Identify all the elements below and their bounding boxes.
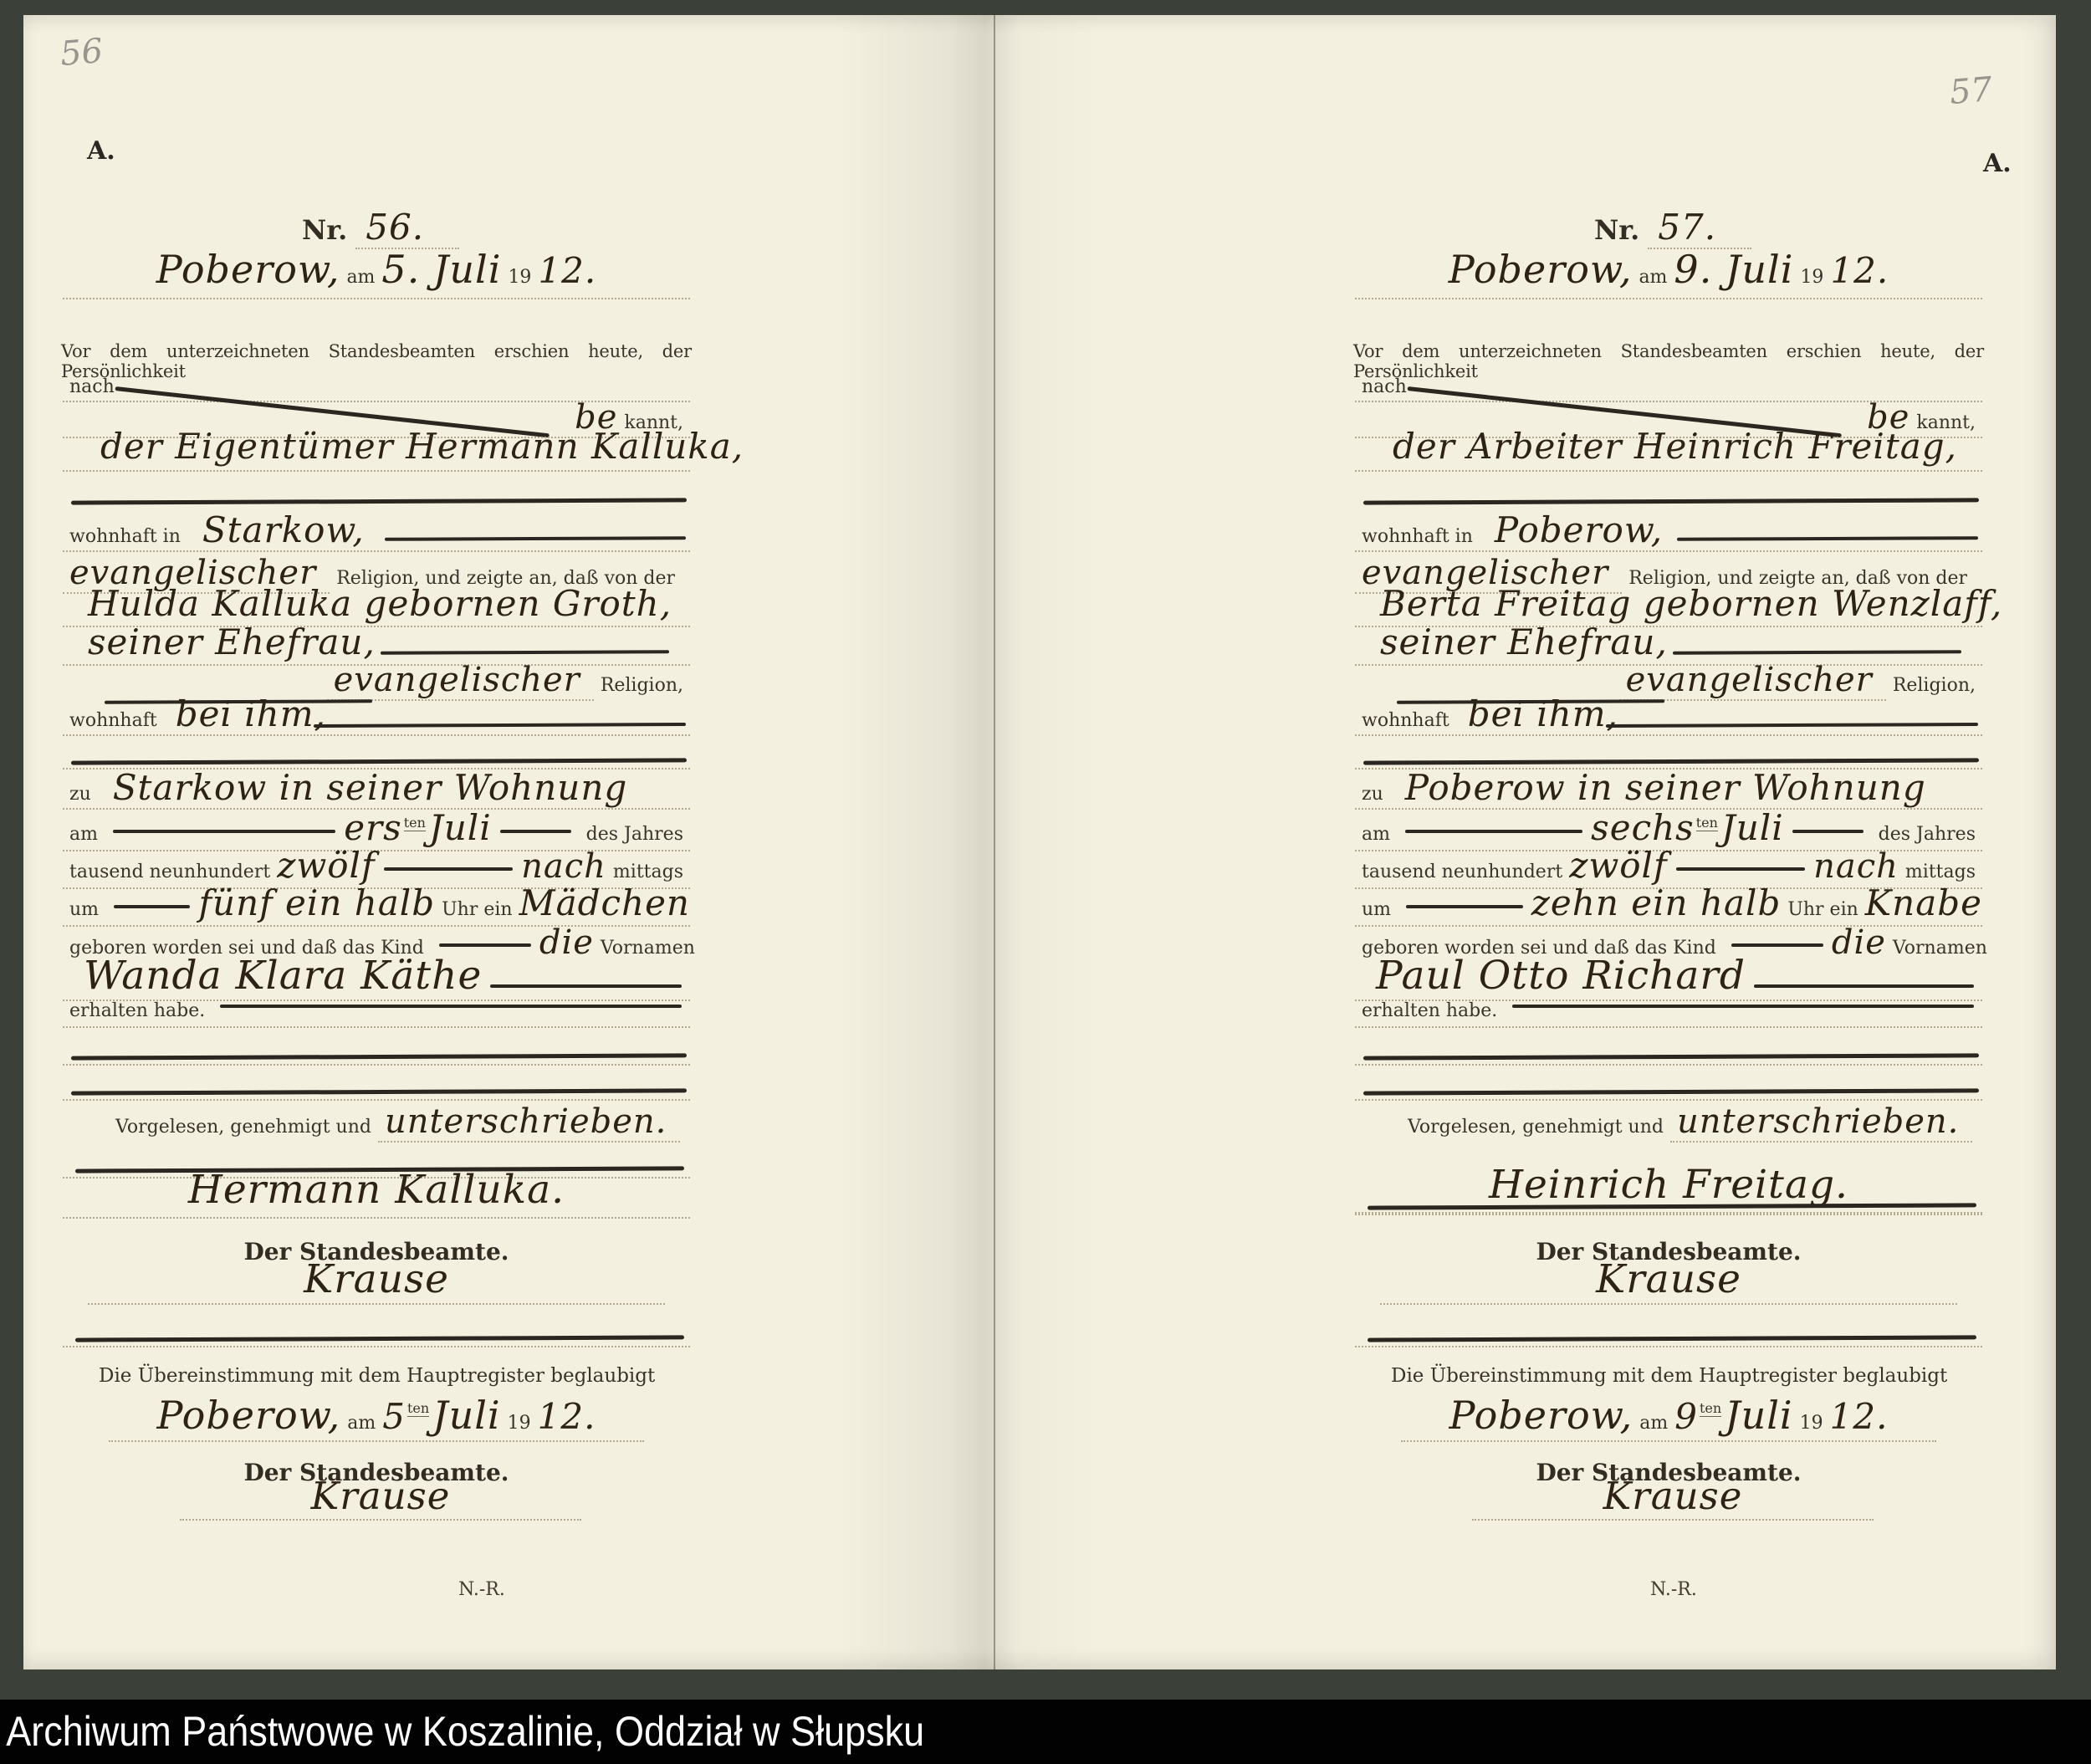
nach-label: nach — [69, 376, 115, 397]
form-dotted-line — [1355, 1346, 1982, 1347]
am2-label: am — [69, 824, 98, 845]
form-dotted-line — [63, 1064, 690, 1066]
mittags-label: mittags — [1905, 862, 1976, 882]
birth-time-value: fünf ein halb — [198, 885, 435, 922]
am2-label: am — [1362, 824, 1390, 845]
ink-strike-line — [71, 498, 687, 504]
beglaubigt-label: Die Übereinstimmung mit dem Hauptregiste… — [99, 1365, 655, 1387]
mother-value: Hulda Kalluka gebornen Groth, — [63, 585, 672, 622]
nach-vor-value: nach — [1813, 849, 1899, 884]
cert-year-suffix: 12. — [538, 1398, 596, 1435]
birth-day-line: am ers ten Juli des Jahres — [63, 810, 690, 851]
ink-strike-line — [71, 1088, 687, 1095]
child-names-value: Wanda Klara Käthe — [63, 955, 482, 996]
certification-date-line: Poberow, am 5 ten Juli 19 12. — [109, 1395, 644, 1442]
pencil-page-number: 56 — [59, 32, 105, 74]
child-sex-value: Knabe — [1865, 885, 1982, 922]
form-dotted-line — [63, 1099, 690, 1101]
registrar-signature: Krause — [1596, 1259, 1741, 1300]
um-label: um — [1362, 899, 1391, 920]
nach-label: nach — [1362, 376, 1407, 397]
bei-ihm-value: bei ihm, — [1468, 696, 1618, 733]
form-section-letter: A. — [87, 136, 115, 166]
beglaubigt-label: Die Übereinstimmung mit dem Hauptregiste… — [1391, 1365, 1947, 1387]
ink-strike-line — [1731, 943, 1823, 947]
child-names-line: Wanda Klara Käthe — [63, 955, 690, 1001]
declarant-signature: Heinrich Freitag. — [1489, 1164, 1848, 1205]
record-page-56: 56 A. Nr. 56. Poberow, am 5. Juli 19 12.… — [0, 0, 757, 1669]
vorgelesen-line: Vorgelesen, genehmigt und unterschrieben… — [1355, 1104, 1982, 1143]
ten-label: ten — [1696, 815, 1718, 831]
cert-ten-label: ten — [1700, 1400, 1721, 1417]
des-jahres-label: des Jahres — [1879, 824, 1976, 845]
certification-date-line: Poberow, am 9 ten Juli 19 12. — [1401, 1395, 1936, 1442]
erhalten-line: erhalten habe. — [1355, 1000, 1982, 1028]
erhalten-label: erhalten habe. — [1362, 1000, 1497, 1021]
birthplace-line: zu Starkow in seiner Wohnung — [63, 770, 690, 810]
bei-ihm-value: bei ihm, — [176, 696, 326, 733]
birth-day-value: sechs — [1591, 810, 1695, 846]
ink-strike-line — [1363, 1088, 1979, 1095]
birth-day-line: am sechs ten Juli des Jahres — [1355, 810, 1982, 851]
birth-time-line: um zehn ein halb Uhr ein Knabe — [1355, 885, 1982, 927]
cert-am-label: am — [1639, 1413, 1668, 1434]
year-prefix: 19 — [508, 267, 531, 288]
pencil-page-number: 57 — [1948, 70, 1994, 112]
ink-strike-line — [1368, 1335, 1976, 1342]
ink-strike-line — [1363, 758, 1979, 764]
registrar-signature-line: Krause — [88, 1259, 665, 1305]
registrar-signature-2: Krause — [1603, 1476, 1743, 1516]
place-date-row: Poberow, am 9. Juli 19 12. — [1355, 249, 1982, 299]
uhr-ein-label: Uhr ein — [1787, 899, 1858, 920]
zu-label: zu — [1362, 784, 1383, 805]
date-value: 5. Juli — [381, 249, 501, 289]
unterschrieben-value: unterschrieben. — [1670, 1104, 1972, 1143]
am-label: am — [346, 267, 375, 288]
ten-label: ten — [404, 815, 426, 831]
birth-time-line: um fünf ein halb Uhr ein Mädchen — [63, 885, 690, 927]
birthplace-value: Starkow in seiner Wohnung — [113, 770, 628, 806]
registrar-signature-line-2: Krause — [180, 1476, 581, 1521]
registrar-signature-line: Krause — [1380, 1259, 1957, 1305]
birth-time-value: zehn ein halb — [1531, 885, 1782, 922]
birth-year-word: zwölf — [277, 847, 375, 884]
place-value: Poberow, — [156, 249, 340, 289]
ink-strike-line — [384, 867, 514, 871]
residence-line: wohnhaft in Starkow, — [63, 512, 690, 552]
child-sex-value: Mädchen — [519, 885, 690, 922]
ehefrau-value: seiner Ehefrau, — [63, 624, 376, 661]
nach-vor-value: nach — [521, 849, 606, 884]
residence-value: Poberow, — [1495, 512, 1663, 549]
wife-line: seiner Ehefrau, — [63, 624, 690, 666]
place-date-row: Poberow, am 5. Juli 19 12. — [63, 249, 690, 299]
des-jahres-label: des Jahres — [586, 824, 683, 845]
date-value: 9. Juli — [1674, 249, 1793, 289]
archive-caption-bar: Archiwum Państwowe w Koszalinie, Oddział… — [0, 1700, 2091, 1764]
child-names-value: Paul Otto Richard — [1355, 955, 1746, 996]
cert-year-prefix: 19 — [1800, 1413, 1823, 1434]
residing-with-line: wohnhaft bei ihm, — [1355, 696, 1982, 736]
certification-line: Die Übereinstimmung mit dem Hauptregiste… — [1384, 1365, 1970, 1387]
unterschrieben-value: unterschrieben. — [378, 1104, 680, 1143]
wohnhaft-in-label: wohnhaft in — [69, 526, 181, 547]
erhalten-label: erhalten habe. — [69, 1000, 205, 1021]
declarant-line: der Eigentümer Hermann Kalluka, — [63, 428, 690, 472]
mittags-label: mittags — [613, 862, 683, 882]
form-dotted-line — [1355, 1064, 1982, 1066]
residence-line: wohnhaft in Poberow, — [1355, 512, 1982, 552]
religion-label: Religion, — [1893, 675, 1976, 696]
wohnhaft-in-label: wohnhaft in — [1362, 526, 1473, 547]
birth-month-value: Juli — [1721, 810, 1784, 846]
cert-day-value: 9 — [1674, 1398, 1698, 1435]
intro-line: Vor dem unterzeichneten Standesbeamten e… — [1353, 341, 1984, 381]
ink-strike-line — [113, 830, 335, 833]
declarant-value: der Eigentümer Hermann Kalluka, — [63, 428, 744, 465]
year-suffix: 12. — [538, 253, 596, 289]
birth-month-value: Juli — [429, 810, 492, 846]
archive-caption: Archiwum Państwowe w Koszalinie, Oddział… — [0, 1700, 924, 1763]
nr-footnote: N.-R. — [1650, 1579, 1697, 1600]
form-dotted-line — [1355, 1099, 1982, 1101]
form-footnote: N.-R. — [1650, 1579, 1697, 1600]
page-fold-crease — [994, 15, 995, 1669]
document-scan: 56 A. Nr. 56. Poberow, am 5. Juli 19 12.… — [0, 0, 2091, 1764]
year-prefix: 19 — [1800, 267, 1823, 288]
intro-line: Vor dem unterzeichneten Standesbeamten e… — [61, 341, 692, 381]
zu-label: zu — [69, 784, 91, 805]
cert-place-value: Poberow, — [157, 1395, 341, 1435]
form-dotted-line — [63, 1346, 690, 1347]
declarant-value: der Arbeiter Heinrich Freitag, — [1355, 428, 1957, 465]
ink-strike-line — [500, 830, 571, 833]
ink-strike-line — [1406, 905, 1523, 908]
vorgelesen-label: Vorgelesen, genehmigt und — [69, 1117, 371, 1138]
wohnhaft-label: wohnhaft — [1362, 710, 1449, 731]
cert-year-suffix: 12. — [1830, 1398, 1889, 1435]
nr-footnote: N.-R. — [458, 1579, 505, 1600]
record-number-row: Nr. 57. — [1355, 209, 1982, 249]
certification-line: Die Übereinstimmung mit dem Hauptregiste… — [92, 1365, 677, 1387]
year-suffix: 12. — [1830, 253, 1889, 289]
ink-strike-line — [1792, 830, 1863, 833]
form-dotted-line — [1355, 1214, 1982, 1215]
declarant-signature: Hermann Kalluka. — [188, 1169, 565, 1210]
record-number-row: Nr. 56. — [63, 209, 690, 249]
wohnhaft-label: wohnhaft — [69, 710, 157, 731]
um-label: um — [69, 899, 99, 920]
record-number-value: 56. — [355, 209, 459, 249]
ink-strike-line — [114, 905, 190, 908]
vorgelesen-line: Vorgelesen, genehmigt und unterschrieben… — [63, 1104, 690, 1143]
cert-day-value: 5 — [382, 1398, 406, 1435]
religion-label: Religion, — [601, 675, 683, 696]
record-page-57: 57 A. Nr. 57. Poberow, am 9. Juli 19 12.… — [1292, 0, 2049, 1669]
cert-year-prefix: 19 — [508, 1413, 531, 1434]
form-section-letter: A. — [1983, 149, 2012, 178]
record-number-value: 57. — [1648, 209, 1751, 249]
cert-ten-label: ten — [407, 1400, 429, 1417]
ink-strike-line — [220, 1005, 682, 1008]
ink-strike-line — [1512, 1005, 1974, 1008]
cert-month-value: Juli — [1725, 1395, 1793, 1435]
uhr-ein-label: Uhr ein — [442, 899, 512, 920]
erhalten-line: erhalten habe. — [63, 1000, 690, 1028]
declarant-signature-line: Hermann Kalluka. — [63, 1169, 690, 1219]
cert-place-value: Poberow, — [1449, 1395, 1633, 1435]
registrar-signature-2: Krause — [311, 1476, 451, 1516]
birthplace-value: Poberow in seiner Wohnung — [1405, 770, 1926, 806]
nr-label: Nr. — [1594, 214, 1639, 246]
ink-strike-line — [1754, 984, 1974, 988]
form-footnote: N.-R. — [458, 1579, 505, 1600]
nr-label: Nr. — [302, 214, 347, 246]
ink-strike-line — [439, 943, 531, 947]
tausend-label: tausend neunhundert — [1362, 862, 1562, 882]
declarant-line: der Arbeiter Heinrich Freitag, — [1355, 428, 1982, 472]
wife-line: seiner Ehefrau, — [1355, 624, 1982, 666]
ink-strike-line — [71, 1053, 687, 1060]
birthplace-line: zu Poberow in seiner Wohnung — [1355, 770, 1982, 810]
child-names-line: Paul Otto Richard — [1355, 955, 1982, 1001]
cert-am-label: am — [347, 1413, 376, 1434]
residing-with-line: wohnhaft bei ihm, — [63, 696, 690, 736]
ink-strike-line — [1363, 498, 1979, 504]
birth-year-word: zwölf — [1569, 847, 1667, 884]
am-label: am — [1639, 267, 1667, 288]
ehefrau-value: seiner Ehefrau, — [1355, 624, 1668, 661]
registrar-signature: Krause — [304, 1259, 449, 1300]
place-value: Poberow, — [1449, 249, 1633, 289]
cert-month-value: Juli — [432, 1395, 501, 1435]
ink-strike-line — [1405, 830, 1582, 833]
mother-value: Berta Freitag gebornen Wenzlaff, — [1355, 585, 2002, 622]
tausend-label: tausend neunhundert — [69, 862, 270, 882]
ink-strike-line — [1676, 867, 1806, 871]
ink-strike-line — [1363, 1053, 1979, 1060]
registrar-signature-line-2: Krause — [1472, 1476, 1874, 1521]
ink-strike-line — [75, 1335, 684, 1342]
ink-strike-line — [71, 758, 687, 764]
birth-day-value: ers — [344, 810, 402, 846]
residence-value: Starkow, — [202, 512, 365, 549]
vorgelesen-label: Vorgelesen, genehmigt und — [1362, 1117, 1664, 1138]
ink-strike-line — [490, 984, 682, 988]
